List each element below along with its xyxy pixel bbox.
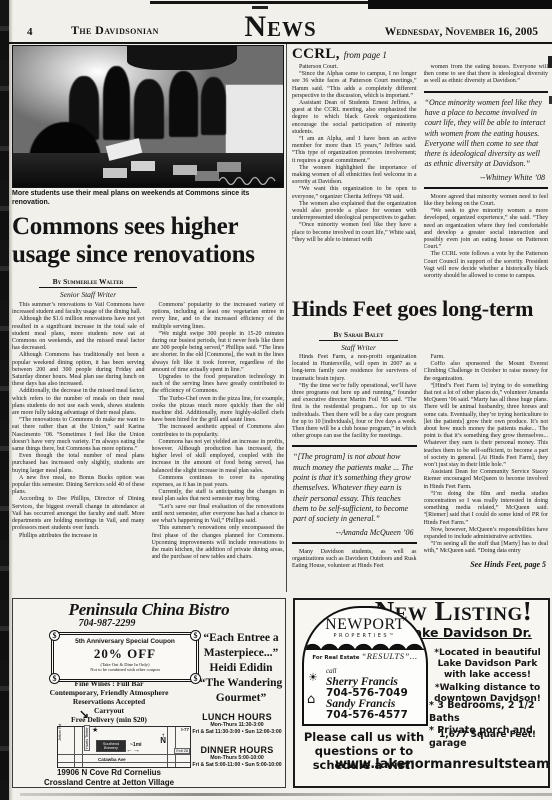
map-north-indicator: ↑N [160, 733, 166, 743]
body-paragraph: Assistant Dean for Community Service Sta… [424, 469, 549, 491]
right-articles: CCRL, from page 1 Patterson Court.“Since… [292, 45, 548, 592]
ccrl-column-2-top: women from the eating houses. Everyone w… [424, 64, 549, 86]
dollar-ornament-icon: $ [49, 630, 60, 641]
body-paragraph: “We might swipe 300 people in 15-20 minu… [152, 331, 285, 374]
commons-article: More students use their meal plans on we… [12, 45, 284, 610]
pullquote-text: “Once minority women feel like they have… [425, 98, 548, 170]
feature-line: *Located in beautiful Lake Davidson Park… [431, 648, 544, 681]
amenities-list: Fine Wines : Full BarContemporary, Frien… [13, 679, 205, 724]
logo-subtitle: PROPERTIES™ [304, 633, 426, 639]
hinds-headline: Hinds Feet goes long-term [292, 297, 548, 321]
map-label-i77: I-77 [181, 727, 189, 732]
hinds-column-1-top: Hinds Feet Farm, a non-profit organizati… [292, 354, 417, 440]
scan-artifact-left-strip [0, 0, 9, 800]
body-paragraph: “Let’s save our final evaluation of the … [152, 504, 285, 526]
amenity-item: Contemporary, Friendly Atmosphere [13, 688, 205, 697]
body-paragraph: Phillips attributes the increase in [12, 533, 145, 540]
body-paragraph: “The renovations to Commons do make me w… [12, 417, 145, 453]
body-paragraph: Now, however, McQueen’s responsibilities… [424, 527, 549, 541]
body-paragraph: Commons continues to cover its operating… [152, 475, 285, 489]
byline-role: Senior Staff Writer [18, 290, 158, 299]
agent-phone: 704-576-4577 [326, 710, 426, 721]
review-quote: “Each Entree a Masterpiece...”Heidi Edid… [199, 631, 283, 706]
amenity-item: Free Delivery (min $20) [13, 715, 205, 724]
scan-artifact-bottom-streak [20, 793, 552, 796]
tagline-prefix: For Real Estate [312, 655, 359, 661]
body-paragraph: Many Davidson students, as well as organ… [292, 549, 417, 571]
logo-tagline: For Real Estate “RESULTS”... [304, 652, 426, 662]
body-paragraph: “Once minority women feel like they have… [292, 222, 417, 244]
ad-business-name: Peninsula China Bistro [13, 600, 285, 620]
map-scale-arrows-icon: ←→ [126, 747, 140, 754]
body-paragraph: Moore agreed that minority women need to… [424, 194, 549, 208]
address-line: 19906 N Cove Rd Cornelius [13, 768, 205, 778]
location-map: Jetton Rd Harris Teeter ★ Southend Brewe… [57, 726, 191, 768]
byline-author: By Sarah Baley [319, 330, 397, 341]
news-photo-figure: More students use their meal plans on we… [12, 45, 284, 207]
body-paragraph: The increased aesthetic appeal of Common… [152, 424, 285, 438]
body-paragraph: The Turbo-Chef oven in the pizza line, f… [152, 396, 285, 425]
ccrl-continuation-note: from page 1 [344, 50, 387, 60]
commons-column-2: Commons’ popularity to the increased var… [152, 302, 285, 610]
photo-person [201, 77, 226, 135]
ad-address: 19906 N Cove Rd Cornelius Crossland Cent… [13, 768, 205, 787]
body-paragraph: Additionally, the decrease in the missed… [12, 388, 145, 417]
body-paragraph: A new five meal, no Bonus Bucks option w… [12, 475, 145, 497]
photo-counter-items [131, 161, 155, 171]
coupon-header: 5th Anniversary Special Coupon [54, 638, 196, 645]
review-quote-line: “Each Entree a Masterpiece...” [199, 631, 283, 661]
body-paragraph: Assistant Dean of Students Ernest Jeffri… [292, 100, 417, 136]
pullquote-attribution: --Amanda McQueen ’06 [293, 528, 414, 537]
square-footage: 1,677 Square Feet! [431, 730, 544, 740]
body-paragraph: women from the eating houses. Everyone w… [424, 64, 549, 86]
photo-person [169, 71, 198, 137]
continuation-notice: See Hinds Feet, page 5 [424, 560, 547, 569]
ccrl-article-header: CCRL, from page 1 [292, 45, 548, 62]
body-paragraph: “I’m seeing all the stuff that [Marty] h… [424, 541, 549, 555]
north-label: N [160, 738, 166, 743]
hours-title: DINNER HOURS [191, 745, 283, 755]
body-paragraph: “Since the Alphas came to campus, I no l… [292, 71, 417, 100]
ccrl-column-2-bottom: Moore agreed that minority women need to… [424, 194, 549, 280]
photo-ceiling-shadow [127, 45, 237, 70]
body-paragraph: Commons has not yet yielded an increase … [152, 439, 285, 475]
hinds-pullquote: “[The program] is not about how much mon… [292, 445, 417, 543]
coupon-discount: 20% OFF [54, 646, 196, 662]
bullet-line: * 3 Bedrooms, 2 1/2 Baths [429, 700, 546, 725]
body-paragraph: The CCRL vote follows a vote by the Patt… [424, 251, 549, 280]
body-paragraph: The women highlighted the importance of … [292, 165, 417, 187]
amenity-item: Reservations Accepted [13, 697, 205, 706]
amenity-item: Fine Wines : Full Bar [13, 679, 205, 688]
website-url-large: www.lakenormanresultsteam.com [335, 757, 544, 772]
body-paragraph: “I’m doing the film and media studies co… [424, 491, 549, 527]
commons-body: This summer’s renovations to Vail Common… [12, 302, 284, 610]
ccrl-column-2: women from the eating houses. Everyone w… [424, 64, 549, 291]
map-star-marker-icon: ★ [92, 726, 98, 734]
body-paragraph: Even though the total number of meal pla… [12, 453, 145, 475]
hinds-column-2: Farm.CoHo also sponsored the Mount Evere… [424, 354, 549, 592]
photo-caption: More students use their meal plans on we… [12, 190, 284, 207]
hinds-column-1-bottom: Many Davidson students, as well as organ… [292, 549, 417, 571]
photo-menu-board [225, 84, 284, 160]
body-paragraph: This summer’s renovations only encompass… [152, 525, 285, 561]
commons-column-1: This summer’s renovations to Vail Common… [12, 302, 145, 610]
body-paragraph: Hinds Feet Farm, a non-profit organizati… [292, 354, 417, 383]
map-label-jetton-rd: Jetton Rd [57, 724, 62, 741]
call-word: call [326, 667, 337, 675]
hinds-column-2-text: Farm.CoHo also sponsored the Mount Evere… [424, 354, 549, 556]
body-paragraph: “We seek to give minority women a more d… [424, 208, 549, 251]
photo-credit-watermark [217, 175, 279, 185]
newport-properties-ad: New Listing! 113 Lake Davidson Dr. NEWPO… [293, 598, 550, 788]
hinds-byline: By Sarah Baley Staff Writer [296, 324, 421, 352]
body-paragraph: This summer’s renovations to Vail Common… [12, 302, 145, 316]
logo-name: NEWPORT [304, 617, 426, 633]
amenity-item: Carryout [13, 706, 205, 715]
ccrl-pullquote: “Once minority women feel like they have… [424, 91, 549, 189]
advertisement-row: Peninsula China Bistro 704-987-2299 $ $ … [12, 598, 550, 788]
lunch-hours: LUNCH HOURS Mon-Thurs 11:30-3:00 Fri & S… [191, 712, 283, 735]
newport-properties-logo: NEWPORT PROPERTIES™ For Real Estate “RES… [302, 606, 428, 726]
body-paragraph: “I am an Alpha, and I have been an activ… [292, 136, 417, 165]
body-paragraph: The women also explained that the organi… [292, 201, 417, 223]
body-paragraph: CoHo also sponsored the Mount Everest Cl… [424, 361, 549, 383]
review-quote-line: “The Wandering Gourmet” [199, 676, 283, 706]
news-photo [12, 45, 284, 188]
hours-line: Fri & Sat 11:30-3:00 • Sun 12:00-3:00 [191, 729, 283, 736]
sun-icon: ☀ [308, 672, 318, 683]
body-paragraph: “By the time we’re fully operational, we… [292, 383, 417, 441]
ccrl-body: Patterson Court.“Since the Alphas came t… [292, 64, 548, 291]
byline-author: By Summerlee Walter [39, 277, 138, 288]
pullquote-attribution: --Whitney White ’08 [425, 173, 546, 182]
map-label-catawba-ave: Catawba Ave [98, 756, 126, 763]
discount-coupon: $ $ $ $ 5th Anniversary Special Coupon 2… [51, 632, 199, 682]
ccrl-column-1: Patterson Court.“Since the Alphas came t… [292, 64, 417, 291]
body-paragraph: Farm. [424, 354, 549, 361]
scan-artifact-right-mark [548, 56, 552, 68]
review-quote-line: Heidi Edidin [199, 661, 283, 676]
issue-date: Wednesday, November 16, 2005 [385, 26, 538, 38]
listing-bullets: * 3 Bedrooms, 2 1/2 Baths * Private porc… [429, 700, 546, 750]
ccrl-title: CCRL, [292, 46, 340, 62]
hours-title: LUNCH HOURS [191, 712, 283, 722]
column-divider-rule [286, 44, 287, 592]
body-paragraph: Upgrades to the food preparation technol… [152, 374, 285, 396]
hinds-body: Hinds Feet Farm, a non-profit organizati… [292, 354, 548, 592]
wave-band [304, 723, 426, 726]
byline-role: Staff Writer [296, 343, 421, 352]
map-pointer-arrow-icon: ↘ [79, 707, 89, 722]
map-label-harris-teeter: Harris Teeter [84, 725, 90, 751]
photo-person [103, 66, 130, 140]
listing-features: *Located in beautiful Lake Davidson Park… [431, 648, 544, 707]
masthead: 4 The Davidsonian News Wednesday, Novemb… [9, 8, 552, 44]
body-paragraph: Although the $1.6 million renovations ha… [12, 316, 145, 352]
photo-person [134, 79, 164, 139]
body-paragraph: “We want this organization to be open to… [292, 186, 417, 200]
newspaper-page: 4 The Davidsonian News Wednesday, Novemb… [0, 0, 552, 800]
body-paragraph: Currently, the staff is anticipating the… [152, 489, 285, 503]
hinds-column-1: Hinds Feet Farm, a non-profit organizati… [292, 354, 417, 592]
body-paragraph: According to Dee Phillips, Director of D… [12, 496, 145, 532]
pullquote-text: “[The program] is not about how much mon… [293, 452, 416, 524]
hours-line: Fri & Sat 5:00-11:00 • Sun 5:00-10:00 [191, 762, 283, 769]
coupon-fine-print: Not to be combined with other coupon [54, 667, 196, 672]
house-icon: ⌂ [307, 694, 315, 705]
ad-phone-number: 704-987-2299 [13, 618, 201, 629]
commons-headline: Commons sees higher usage since renovati… [12, 213, 284, 268]
address-line: Crossland Centre at Jetton Village [13, 778, 205, 788]
peninsula-china-bistro-ad: Peninsula China Bistro 704-987-2299 $ $ … [12, 598, 286, 788]
map-label-southend-brewery: Southend Brewery [96, 740, 126, 752]
dinner-hours: DINNER HOURS Mon-Thurs 5:00-10:00 Fri & … [191, 745, 283, 768]
body-paragraph: “[Hind’s Feet Farm is] trying to do some… [424, 383, 549, 469]
map-label-exit-28: Exit 28 [174, 748, 190, 754]
commons-byline: By Summerlee Walter Senior Staff Writer [18, 271, 158, 299]
body-paragraph: Commons’ popularity to the increased var… [152, 302, 285, 331]
tagline-results: “RESULTS”... [361, 651, 417, 661]
agent-contacts: ☀ ⌂ call Sherry Francis 704-576-7049 San… [304, 662, 426, 721]
body-paragraph: Although Commons has traditionally not b… [12, 352, 145, 388]
wave-band [304, 641, 426, 650]
